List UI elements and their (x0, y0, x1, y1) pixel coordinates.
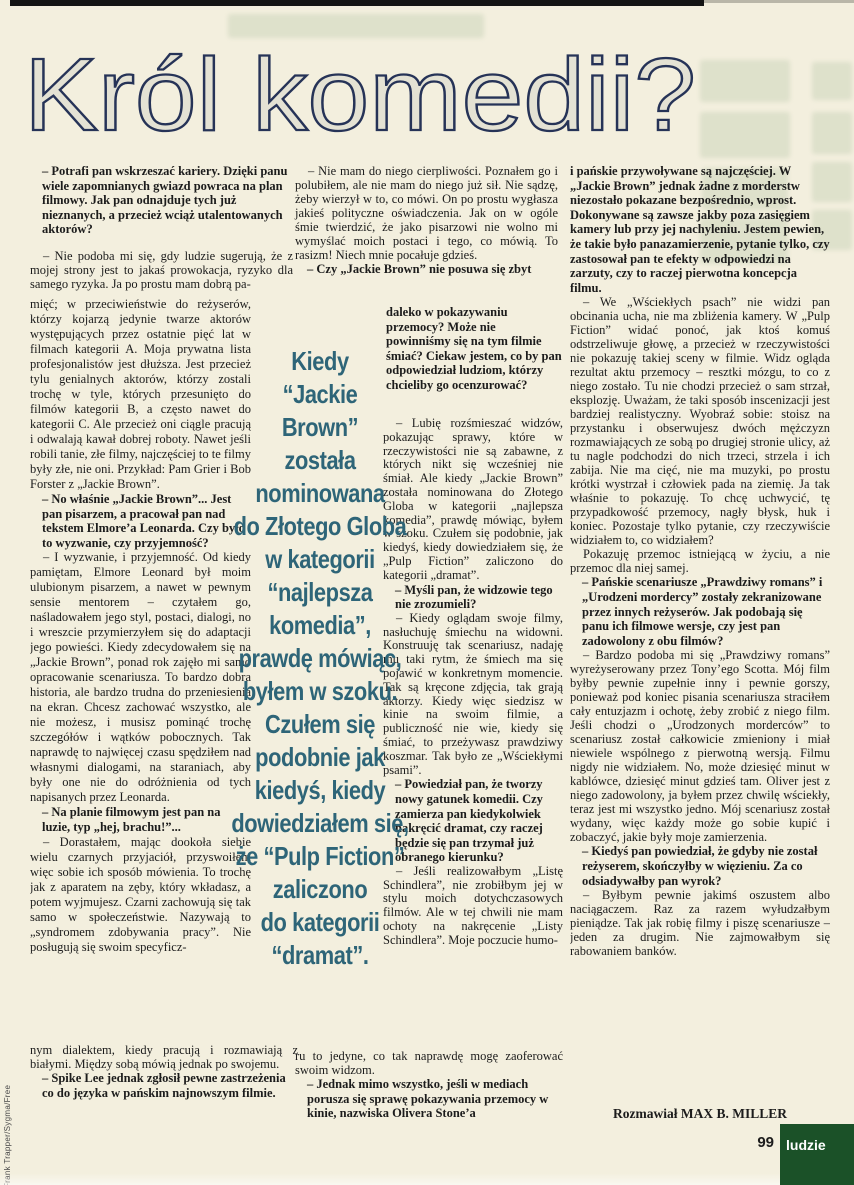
left-column-answer-wide: – Nie podoba mi się, gdy ludzie sugerują… (30, 249, 293, 291)
interview-answer: – Bardzo podoba mi się „Prawdziwy romans… (570, 648, 830, 844)
interview-answer: – Nie mam do niego cierpliwości. Poznałe… (295, 164, 558, 262)
bleed-through-artifact (228, 14, 484, 38)
page-number: 99 (726, 1134, 774, 1151)
interview-question: daleko w pokazywaniu przemocy? Może nie … (386, 305, 563, 393)
bleed-through-artifact (812, 62, 852, 100)
interview-answer: – Byłbym pewnie jakimś oszustem albo nac… (570, 888, 830, 958)
left-column-question-1: – Potrafi pan wskrzeszać kariery. Dzięki… (30, 164, 288, 237)
interview-question: – Pańskie scenariusze „Prawdziwy romans”… (570, 575, 830, 648)
top-print-bar-light (704, 0, 854, 3)
interview-answer: – I wyzwanie, i przyjemność. Od kiedy pa… (30, 550, 251, 805)
interview-answer: ru to jedyne, co tak naprawdę mogę zaofe… (295, 1049, 563, 1077)
interview-answer: Pokazuję przemoc istniejącą w życiu, a n… (570, 547, 830, 575)
top-print-bar (10, 0, 704, 6)
right-column-flow: i pańskie przywoływane są najczęściej. W… (570, 164, 830, 1106)
page-edge (0, 1173, 780, 1185)
interview-answer: – We „Wściekłych psach” nie widzi pan ob… (570, 295, 830, 547)
interview-question: i pańskie przywoływane są najczęściej. W… (570, 164, 830, 295)
interview-question: – Spike Lee jednak zgłosił pewne zastrze… (30, 1071, 298, 1100)
interview-answer: nym dialektem, kiedy pracują i rozmawiaj… (30, 1043, 298, 1071)
interview-question: – Kiedyś pan powiedział, że gdyby nie zo… (570, 844, 830, 888)
article-title-graphic: Król komedii? (22, 38, 734, 153)
page-title: Król komedii? (24, 38, 696, 152)
section-label: ludzie (780, 1124, 854, 1153)
left-column-narrow-flow: mięć; w przeciwieństwie do reżyserów, kt… (30, 297, 251, 1043)
interview-question: – No właśnie „Jackie Brown”... Jest pan … (30, 492, 251, 550)
interview-answer: mięć; w przeciwieństwie do reżyserów, kt… (30, 297, 251, 492)
byline: Rozmawiał MAX B. MILLER (565, 1106, 787, 1122)
magazine-page: Król komedii? – Potrafi pan wskrzeszać k… (0, 0, 854, 1185)
pull-quote: Kiedy “Jackie Brown” została nominowana … (228, 345, 413, 972)
left-column-answer-tail: nym dialektem, kiedy pracują i rozmawiaj… (30, 1043, 298, 1100)
interview-answer: – Dorastałem, mając dookoła siebie wielu… (30, 835, 251, 955)
section-box: ludzie (780, 1124, 854, 1185)
interview-question: – Potrafi pan wskrzeszać kariery. Dzięki… (30, 164, 288, 237)
interview-question: – Czy „Jackie Brown” nie posuwa się zbyt (295, 262, 558, 277)
middle-column-top: – Nie mam do niego cierpliwości. Poznałe… (295, 164, 558, 277)
middle-column-tail: ru to jedyne, co tak naprawdę mogę zaofe… (295, 1049, 563, 1121)
bleed-through-artifact (812, 112, 852, 154)
photo-credit: Frank Trapper/Sygma/Free (3, 1036, 12, 1185)
middle-column-question-narrow: daleko w pokazywaniu przemocy? Może nie … (386, 305, 563, 393)
interview-question: – Jednak mimo wszystko, jeśli w mediach … (295, 1077, 563, 1121)
interview-question: – Na planie filmowym jest pan na luzie, … (30, 805, 251, 834)
interview-answer: – Nie podoba mi się, gdy ludzie sugerują… (30, 249, 293, 291)
